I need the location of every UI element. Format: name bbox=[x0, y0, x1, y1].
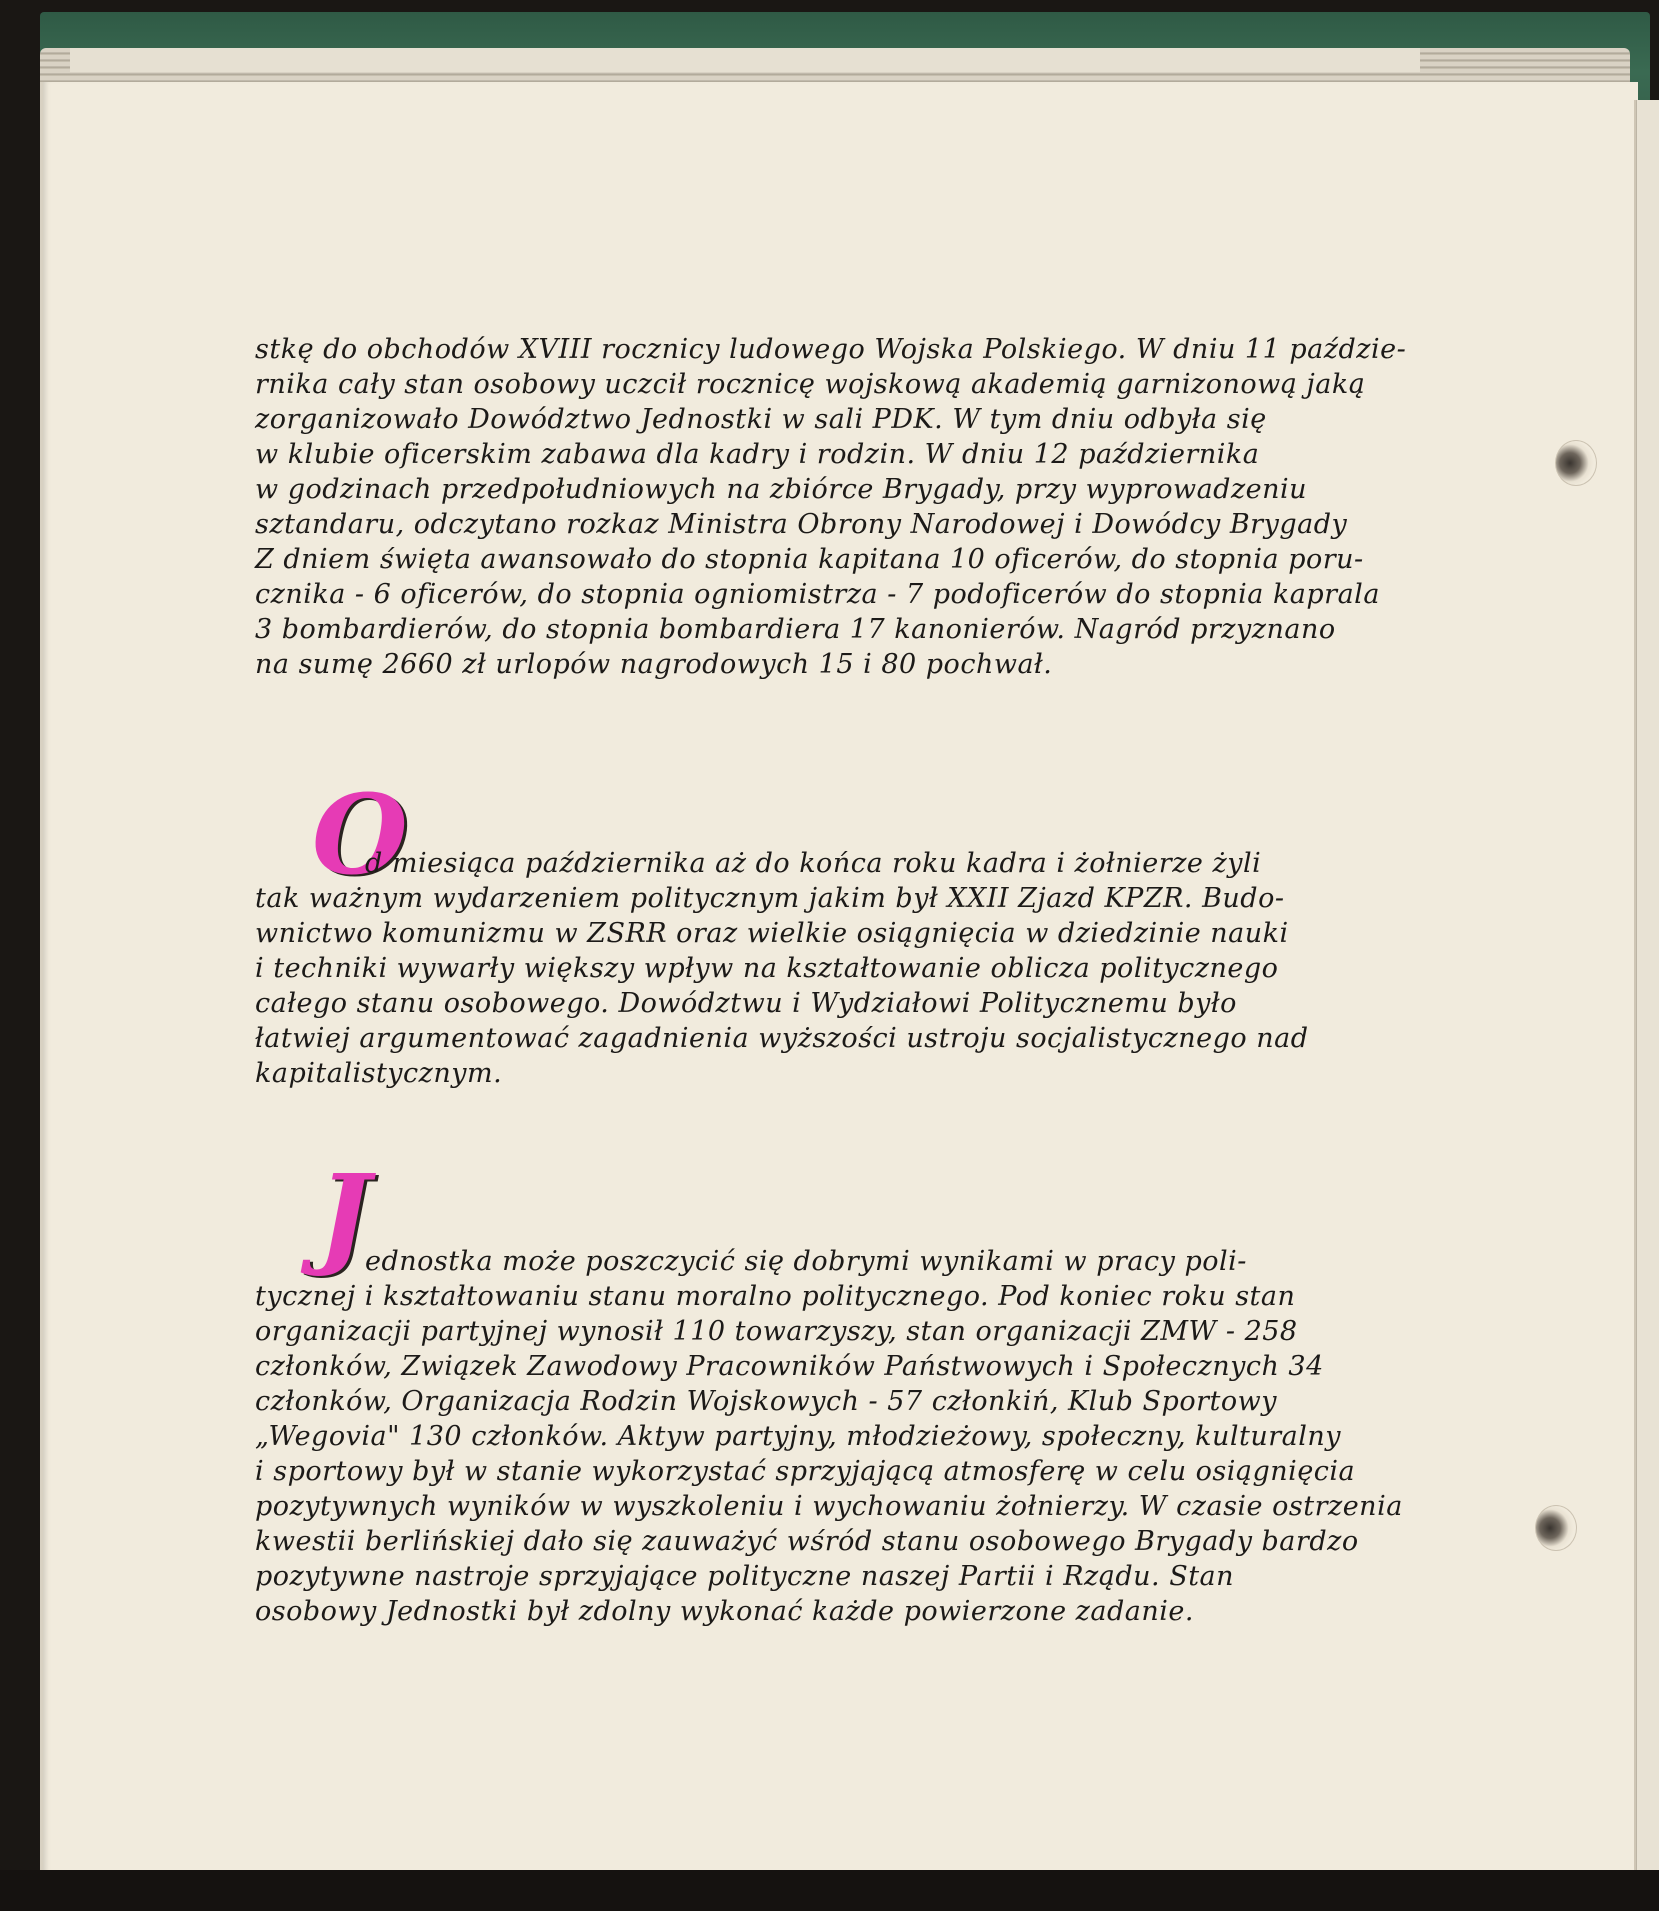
text-line: wnictwo komunizmu w ZSRR oraz wielkie os… bbox=[255, 916, 1455, 951]
text-line: Z dniem święta awansowało do stopnia kap… bbox=[255, 542, 1455, 577]
punch-hole-bottom-icon bbox=[1535, 1505, 1577, 1551]
text-line: członków, Organizacja Rodzin Wojskowych … bbox=[255, 1384, 1455, 1419]
paragraph-2: d miesiąca października aż do końca roku… bbox=[255, 846, 1455, 1091]
background-shadow bbox=[0, 1870, 1659, 1911]
text-line: i techniki wywarły większy wpływ na kszt… bbox=[255, 951, 1455, 986]
text-line: tak ważnym wydarzeniem politycznym jakim… bbox=[255, 881, 1455, 916]
text-line: tycznej i kształtowaniu stanu moralno po… bbox=[255, 1279, 1455, 1314]
paragraph-3: ednostka może poszczycić się dobrymi wyn… bbox=[255, 1244, 1455, 1629]
text-line: i sportowy był w stanie wykorzystać sprz… bbox=[255, 1454, 1455, 1489]
text-line: 3 bombardierów, do stopnia bombardiera 1… bbox=[255, 612, 1455, 647]
text-line: łatwiej argumentować zagadnienia wyższoś… bbox=[255, 1021, 1455, 1056]
text-line: sztandaru, odczytano rozkaz Ministra Obr… bbox=[255, 507, 1455, 542]
text-line: w klubie oficerskim zabawa dla kadry i r… bbox=[255, 437, 1455, 472]
text-line: d miesiąca października aż do końca roku… bbox=[255, 846, 1455, 881]
next-page-edge bbox=[1636, 100, 1659, 1880]
stack-top-sheet bbox=[70, 48, 1420, 72]
text-line: organizacji partyjnej wynosił 110 towarz… bbox=[255, 1314, 1455, 1349]
punch-hole-top-icon bbox=[1555, 440, 1597, 486]
text-line: osobowy Jednostki był zdolny wykonać każ… bbox=[255, 1594, 1455, 1629]
text-line: kwestii berlińskiej dało się zauważyć wś… bbox=[255, 1524, 1455, 1559]
text-line: pozytywnych wyników w wyszkoleniu i wych… bbox=[255, 1489, 1455, 1524]
text-line: ednostka może poszczycić się dobrymi wyn… bbox=[255, 1244, 1455, 1279]
text-line: w godzinach przedpołudniowych na zbiórce… bbox=[255, 472, 1455, 507]
text-line: zorganizowało Dowództwo Jednostki w sali… bbox=[255, 402, 1455, 437]
text-line: stkę do obchodów XVIII rocznicy ludowego… bbox=[255, 332, 1455, 367]
text-line: na sumę 2660 zł urlopów nagrodowych 15 i… bbox=[255, 647, 1455, 682]
text-line: „Wegovia" 130 członków. Aktyw partyjny, … bbox=[255, 1419, 1455, 1454]
text-line: cznika - 6 oficerów, do stopnia ogniomis… bbox=[255, 577, 1455, 612]
text-line: całego stanu osobowego. Dowództwu i Wydz… bbox=[255, 986, 1455, 1021]
text-line: kapitalistycznym. bbox=[255, 1056, 1455, 1091]
text-line: pozytywne nastroje sprzyjające polityczn… bbox=[255, 1559, 1455, 1594]
text-line: rnika cały stan osobowy uczcił rocznicę … bbox=[255, 367, 1455, 402]
paragraph-1: stkę do obchodów XVIII rocznicy ludowego… bbox=[255, 332, 1455, 682]
text-line: członków, Związek Zawodowy Pracowników P… bbox=[255, 1349, 1455, 1384]
